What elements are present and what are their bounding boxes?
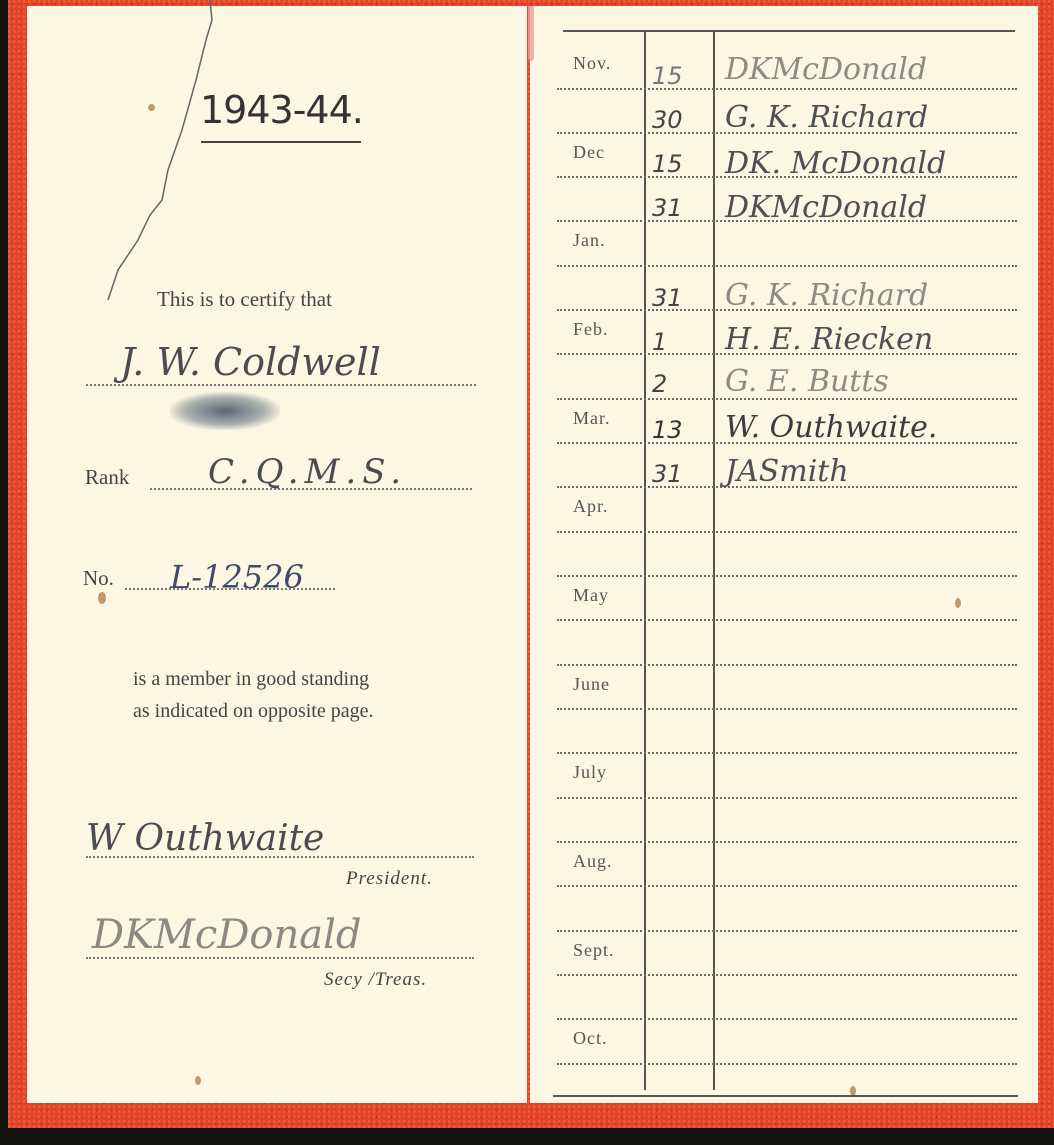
number-line	[125, 588, 335, 590]
ledger-row-line	[557, 575, 1017, 577]
month-jan: Jan.	[573, 230, 606, 251]
ledger-row-line	[557, 619, 1017, 621]
ledger-row-line	[557, 265, 1017, 267]
entry-day: 31	[652, 194, 683, 222]
secretary-label: Secy /Treas.	[324, 969, 427, 991]
ledger-top-rule	[563, 30, 1015, 32]
entry-day: 2	[652, 370, 667, 398]
entry-signature: G. K. Richard	[725, 278, 928, 313]
month-dec: Dec	[573, 142, 605, 163]
member-name: J. W. Coldwell	[120, 340, 381, 384]
president-line	[86, 856, 474, 858]
number-label: No.	[83, 566, 114, 591]
certify-text: This is to certify that	[157, 287, 332, 312]
ledger-row-line	[557, 797, 1017, 799]
entry-signature: G. K. Richard	[725, 100, 928, 135]
rank-label: Rank	[85, 465, 129, 490]
standing-line-2: as indicated on opposite page.	[133, 700, 374, 723]
entry-signature: DK. McDonald	[725, 146, 946, 181]
month-aug: Aug.	[573, 851, 613, 872]
entry-day: 13	[652, 416, 683, 444]
month-june: June	[573, 674, 610, 695]
month-may: May	[573, 585, 609, 606]
ink-blot	[170, 392, 280, 430]
rank-line	[150, 488, 472, 490]
standing-line-1: is a member in good standing	[133, 668, 369, 691]
entry-day: 30	[652, 106, 683, 134]
ledger-row-line	[557, 664, 1017, 666]
entry-day: 31	[652, 460, 683, 488]
president-label: President.	[346, 868, 433, 890]
rank-value: C.Q.M.S.	[208, 452, 407, 492]
ledger-row-line	[557, 885, 1017, 887]
month-nov: Nov.	[573, 53, 611, 74]
president-signature: W Outhwaite	[86, 818, 324, 859]
ledger-row-line	[557, 752, 1017, 754]
stain	[98, 592, 106, 604]
stain	[955, 598, 961, 608]
entry-day: 1	[652, 328, 667, 356]
entry-signature: H. E. Riecken	[725, 322, 933, 357]
ledger-row-line	[557, 930, 1017, 932]
entry-signature: DKMcDonald	[725, 52, 927, 87]
number-value: L-12526	[170, 558, 304, 596]
month-oct: Oct.	[573, 1028, 608, 1049]
entry-signature: G. E. Butts	[725, 364, 889, 399]
ledger-row-line	[557, 88, 1017, 90]
entry-day: 15	[652, 62, 683, 90]
entry-day: 31	[652, 284, 683, 312]
ledger-row-line	[557, 1063, 1017, 1065]
ledger-row-line	[557, 841, 1017, 843]
secretary-line	[86, 957, 474, 959]
month-july: July	[573, 762, 607, 783]
ledger-row-line	[557, 974, 1017, 976]
ledger-row-line	[557, 708, 1017, 710]
entry-signature: DKMcDonald	[725, 190, 927, 225]
year-underline	[201, 141, 361, 143]
secretary-signature: DKMcDonald	[92, 912, 361, 958]
month-mar: Mar.	[573, 408, 611, 429]
month-sept: Sept.	[573, 940, 615, 961]
entry-day: 15	[652, 150, 683, 178]
ledger-bottom-rule	[553, 1095, 1018, 1097]
stain	[195, 1076, 201, 1085]
month-feb: Feb.	[573, 319, 609, 340]
month-apr: Apr.	[573, 496, 609, 517]
entry-signature: JASmith	[725, 454, 849, 489]
ledger-row-line	[557, 531, 1017, 533]
name-line	[86, 384, 476, 386]
year-heading: 1943-44.	[200, 88, 363, 132]
entry-signature: W. Outhwaite.	[725, 410, 937, 445]
stain	[148, 104, 155, 111]
ledger-row-line	[557, 1018, 1017, 1020]
